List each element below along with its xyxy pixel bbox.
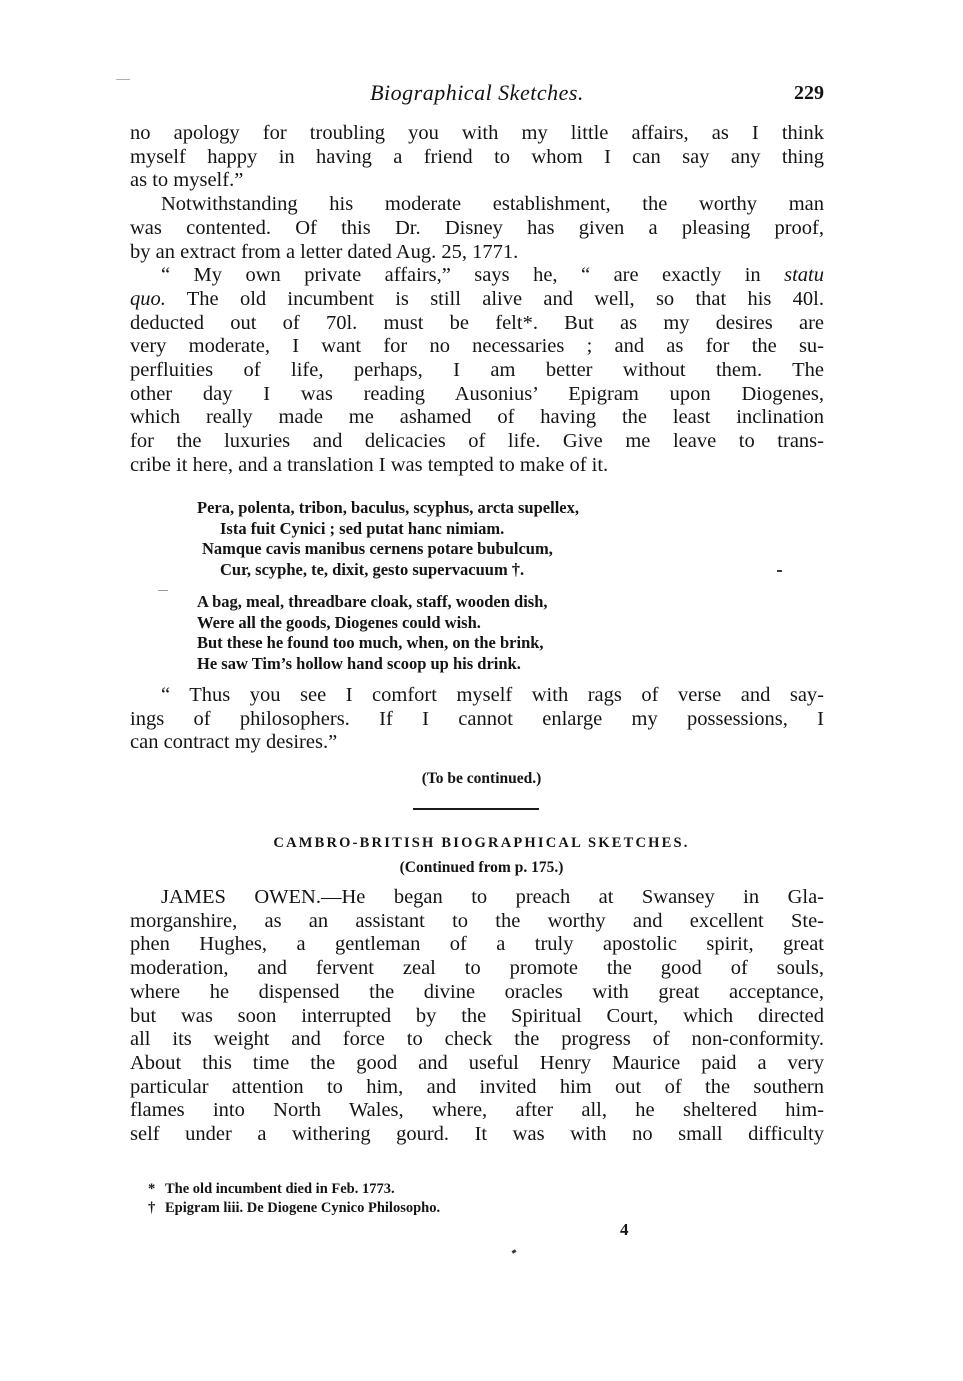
text-line: for the luxuries and delicacies of life.… [130,430,824,454]
italic-text: statu [784,264,824,286]
paragraph-letter-quote: “ My own private affairs,” says he, “ ar… [130,264,824,477]
verse-line: A bag, meal, threadbare cloak, staff, wo… [197,592,548,613]
verse-line: Ista fuit Cynici ; sed putat hanc nimiam… [197,519,579,540]
english-translation: A bag, meal, threadbare cloak, staff, wo… [197,592,548,674]
body-text-james-owen: JAMES OWEN.—He began to preach at Swanse… [130,886,824,1147]
text-line: cribe it here, and a translation I was t… [130,454,824,478]
italic-text: quo. [130,288,166,310]
text-line: where he dispensed the divine oracles wi… [130,981,824,1005]
footnotes: *The old incumbent died in Feb. 1773. †E… [148,1180,440,1218]
text-line: “ Thus you see I comfort myself with rag… [130,684,824,708]
text-line: JAMES OWEN.—He began to preach at Swanse… [130,886,824,910]
scan-speck [158,590,168,591]
text-line: was contented. Of this Dr. Disney has gi… [130,217,824,241]
section-divider [413,808,539,810]
verse-line: Were all the goods, Diogenes could wish. [197,613,548,634]
signature-mark: 4 [620,1220,629,1240]
text-line: quo. The old incumbent is still alive an… [130,288,824,312]
text-line: other day I was reading Ausonius’ Epigra… [130,383,824,407]
text-segment: The old incumbent is still alive and wel… [166,288,824,310]
text-line: perfluities of life, perhaps, I am bette… [130,359,824,383]
text-line: “ My own private affairs,” says he, “ ar… [130,264,824,288]
scan-speck [512,1249,517,1254]
verse-line: But these he found too much, when, on th… [197,633,548,654]
text-line: deducted out of 70l. must be felt*. But … [130,312,824,336]
text-line: all its weight and force to check the pr… [130,1028,824,1052]
latin-epigram: Pera, polenta, tribon, baculus, scyphus,… [197,498,579,580]
text-line: moderation, and fervent zeal to promote … [130,957,824,981]
footnote: *The old incumbent died in Feb. 1773. [148,1180,440,1199]
margin-mark [116,79,130,80]
paragraph-rags-of-verse: “ Thus you see I comfort myself with rag… [130,684,824,755]
verse-line: Namque cavis manibus cernens potare bubu… [197,539,579,560]
paragraph-disney: Notwithstanding his moderate establishme… [130,193,824,264]
text-line: ings of philosophers. If I cannot enlarg… [130,708,824,732]
text-line: phen Hughes, a gentleman of a truly apos… [130,933,824,957]
text-line: can contract my desires.” [130,731,824,755]
scanned-book-page: Biographical Sketches. 229 no apology fo… [0,0,963,1381]
verse-line: Pera, polenta, tribon, baculus, scyphus,… [197,498,579,519]
section-title: CAMBRO-BRITISH BIOGRAPHICAL SKETCHES. [0,835,963,852]
footnote-text: Epigram liii. De Diogene Cynico Philosop… [165,1200,440,1216]
running-title: Biographical Sketches. [130,80,824,106]
text-line: very moderate, I want for no necessaries… [130,335,824,359]
text-line: myself happy in having a friend to whom … [130,146,824,170]
text-segment: “ My own private affairs,” says he, “ ar… [161,264,761,286]
text-line: but was soon interrupted by the Spiritua… [130,1005,824,1029]
text-line: particular attention to him, and invited… [130,1076,824,1100]
to-be-continued: (To be continued.) [0,770,963,788]
page-number: 229 [794,82,824,105]
footnote-mark: † [148,1199,165,1218]
text-line: no apology for troubling you with my lit… [130,122,824,146]
scan-speck [777,570,782,572]
verse-line: He saw Tim’s hollow hand scoop up his dr… [197,654,548,675]
body-text-closing-quote: “ Thus you see I comfort myself with rag… [130,684,824,755]
text-line: flames into North Wales, where, after al… [130,1099,824,1123]
text-line: which really made me ashamed of having t… [130,406,824,430]
text-line: by an extract from a letter dated Aug. 2… [130,241,824,265]
paragraph-continuation: no apology for troubling you with my lit… [130,122,824,193]
running-head: Biographical Sketches. 229 [130,80,824,110]
text-line: morganshire, as an assistant to the wort… [130,910,824,934]
section-subtitle: (Continued from p. 175.) [0,859,963,877]
text-line: self under a withering gourd. It was wit… [130,1123,824,1147]
footnote: †Epigram liii. De Diogene Cynico Philoso… [148,1199,440,1218]
body-text-upper: no apology for troubling you with my lit… [130,122,824,478]
footnote-mark: * [148,1180,165,1199]
text-line: Notwithstanding his moderate establishme… [130,193,824,217]
verse-line: Cur, scyphe, te, dixit, gesto supervacuu… [197,560,579,581]
footnote-text: The old incumbent died in Feb. 1773. [165,1181,395,1197]
paragraph-james-owen: JAMES OWEN.—He began to preach at Swanse… [130,886,824,1147]
text-line: About this time the good and useful Henr… [130,1052,824,1076]
text-line: as to myself.” [130,169,824,193]
